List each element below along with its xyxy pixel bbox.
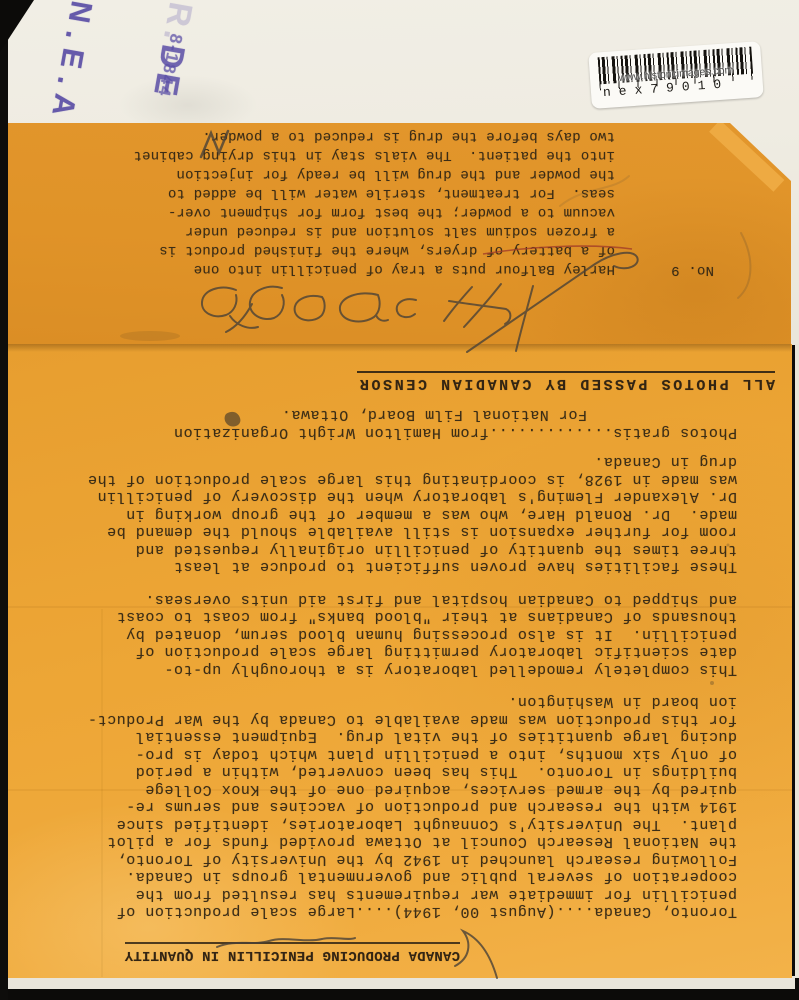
caption-paragraph-dateline: Toronto, Canada....(August 00, 1944)....… xyxy=(48,693,737,921)
typed-line: the National Research Council at Ottawa … xyxy=(48,833,737,851)
typed-line: vacuum to a powder; the best form for sh… xyxy=(8,202,615,221)
typed-line: for this production was made available t… xyxy=(48,711,737,729)
typed-line: into the patient. The vials stay in this… xyxy=(8,145,615,164)
typed-line: and shipped to Canadian hospital and fir… xyxy=(48,591,737,609)
paper-edge-right xyxy=(795,344,799,978)
typed-line: a frozen sodium salt solution and is red… xyxy=(8,221,615,240)
typed-line: cooperation of several public and govern… xyxy=(48,868,737,886)
barcode-sticker: www.historicimages.com nex79010 xyxy=(588,41,763,109)
typed-line: quired by the armed services, acquired o… xyxy=(48,781,737,799)
typed-line: made. Dr. Ronald Hare, who was a member … xyxy=(48,506,737,524)
flap-caption-paragraph: Harley Balfour puts a tray of penicillin… xyxy=(8,126,615,344)
typed-line: date scientific laboratory permitting la… xyxy=(48,643,737,661)
typed-line: These facilities have proven sufficient … xyxy=(48,558,737,576)
typed-line: This completely remodelled laboratory is… xyxy=(48,661,737,679)
credit-line: For National Film Board, Ottawa. xyxy=(48,406,737,424)
typed-line: two days before the drug is reduced to a… xyxy=(8,126,615,145)
typed-line: Harley Balfour puts a tray of penicillin… xyxy=(8,259,615,278)
photo-credit: Photos gratis.............from Hamilton … xyxy=(48,406,737,441)
typed-line: room for further expansion is still avai… xyxy=(48,523,737,541)
credit-line: Photos gratis.............from Hamilton … xyxy=(48,424,737,442)
scan-edge-left xyxy=(0,0,8,1000)
typed-line: was made in 1928, is coordinating this l… xyxy=(48,471,737,489)
typed-line: of a battery of dryers, where the finish… xyxy=(8,240,615,259)
typed-line: plant. The University's Connaught Labora… xyxy=(48,816,737,834)
press-photo-back-scan: N.E.A 8-1844 R.DE www.historicimages.com… xyxy=(0,0,799,1000)
typed-line: of only six months, into a penicillin pl… xyxy=(48,746,737,764)
caption-flap-sheet: No. 9 Harley Balfour puts a tray of peni… xyxy=(8,123,791,344)
typed-line: ion board in Washington. xyxy=(48,693,737,711)
typed-line: 1914 with the research and production of… xyxy=(48,798,737,816)
typed-line: Following research launched in 1942 by t… xyxy=(48,851,737,869)
typed-line: Toronto, Canada....(August 00, 1944)....… xyxy=(48,903,737,921)
caption-headline: CANADA PRODUCING PENICILLIN IN QUANTITY xyxy=(125,943,460,964)
flap-edge-shadow xyxy=(8,343,791,352)
typed-line: ducing large quantities of the vital dru… xyxy=(48,728,737,746)
typed-line: the powder and the drug will be ready fo… xyxy=(8,164,615,183)
typed-line: penicillin for immediate war requirement… xyxy=(48,886,737,904)
typed-line: thousands of Canadians at their "blood b… xyxy=(48,608,737,626)
typed-line: Dr. Alexander Fleming's laboratory when … xyxy=(48,488,737,506)
censor-notice: ALL PHOTOS PASSED BY CANADIAN CENSOR xyxy=(357,372,775,393)
typed-line: buildings in Toronto. This has been conv… xyxy=(48,763,737,781)
caption-paragraph-laboratory: This completely remodelled laboratory is… xyxy=(48,591,737,679)
caption-paragraph-facilities: These facilities have proven sufficient … xyxy=(48,453,737,576)
typed-line: seas. For treatment, sterile water will … xyxy=(8,183,615,202)
typed-line: penicillin. It is also processing human … xyxy=(48,626,737,644)
photo-number: No. 9 xyxy=(671,262,714,278)
dept-stamp-faint-part: R. xyxy=(156,0,200,48)
scan-corner-shadow xyxy=(0,0,34,52)
typed-line: three times the quantity of penicillin o… xyxy=(48,541,737,559)
caption-main-sheet: CANADA PRODUCING PENICILLIN IN QUANTITY … xyxy=(8,344,792,978)
typed-line: drug in Canada. xyxy=(48,453,737,471)
